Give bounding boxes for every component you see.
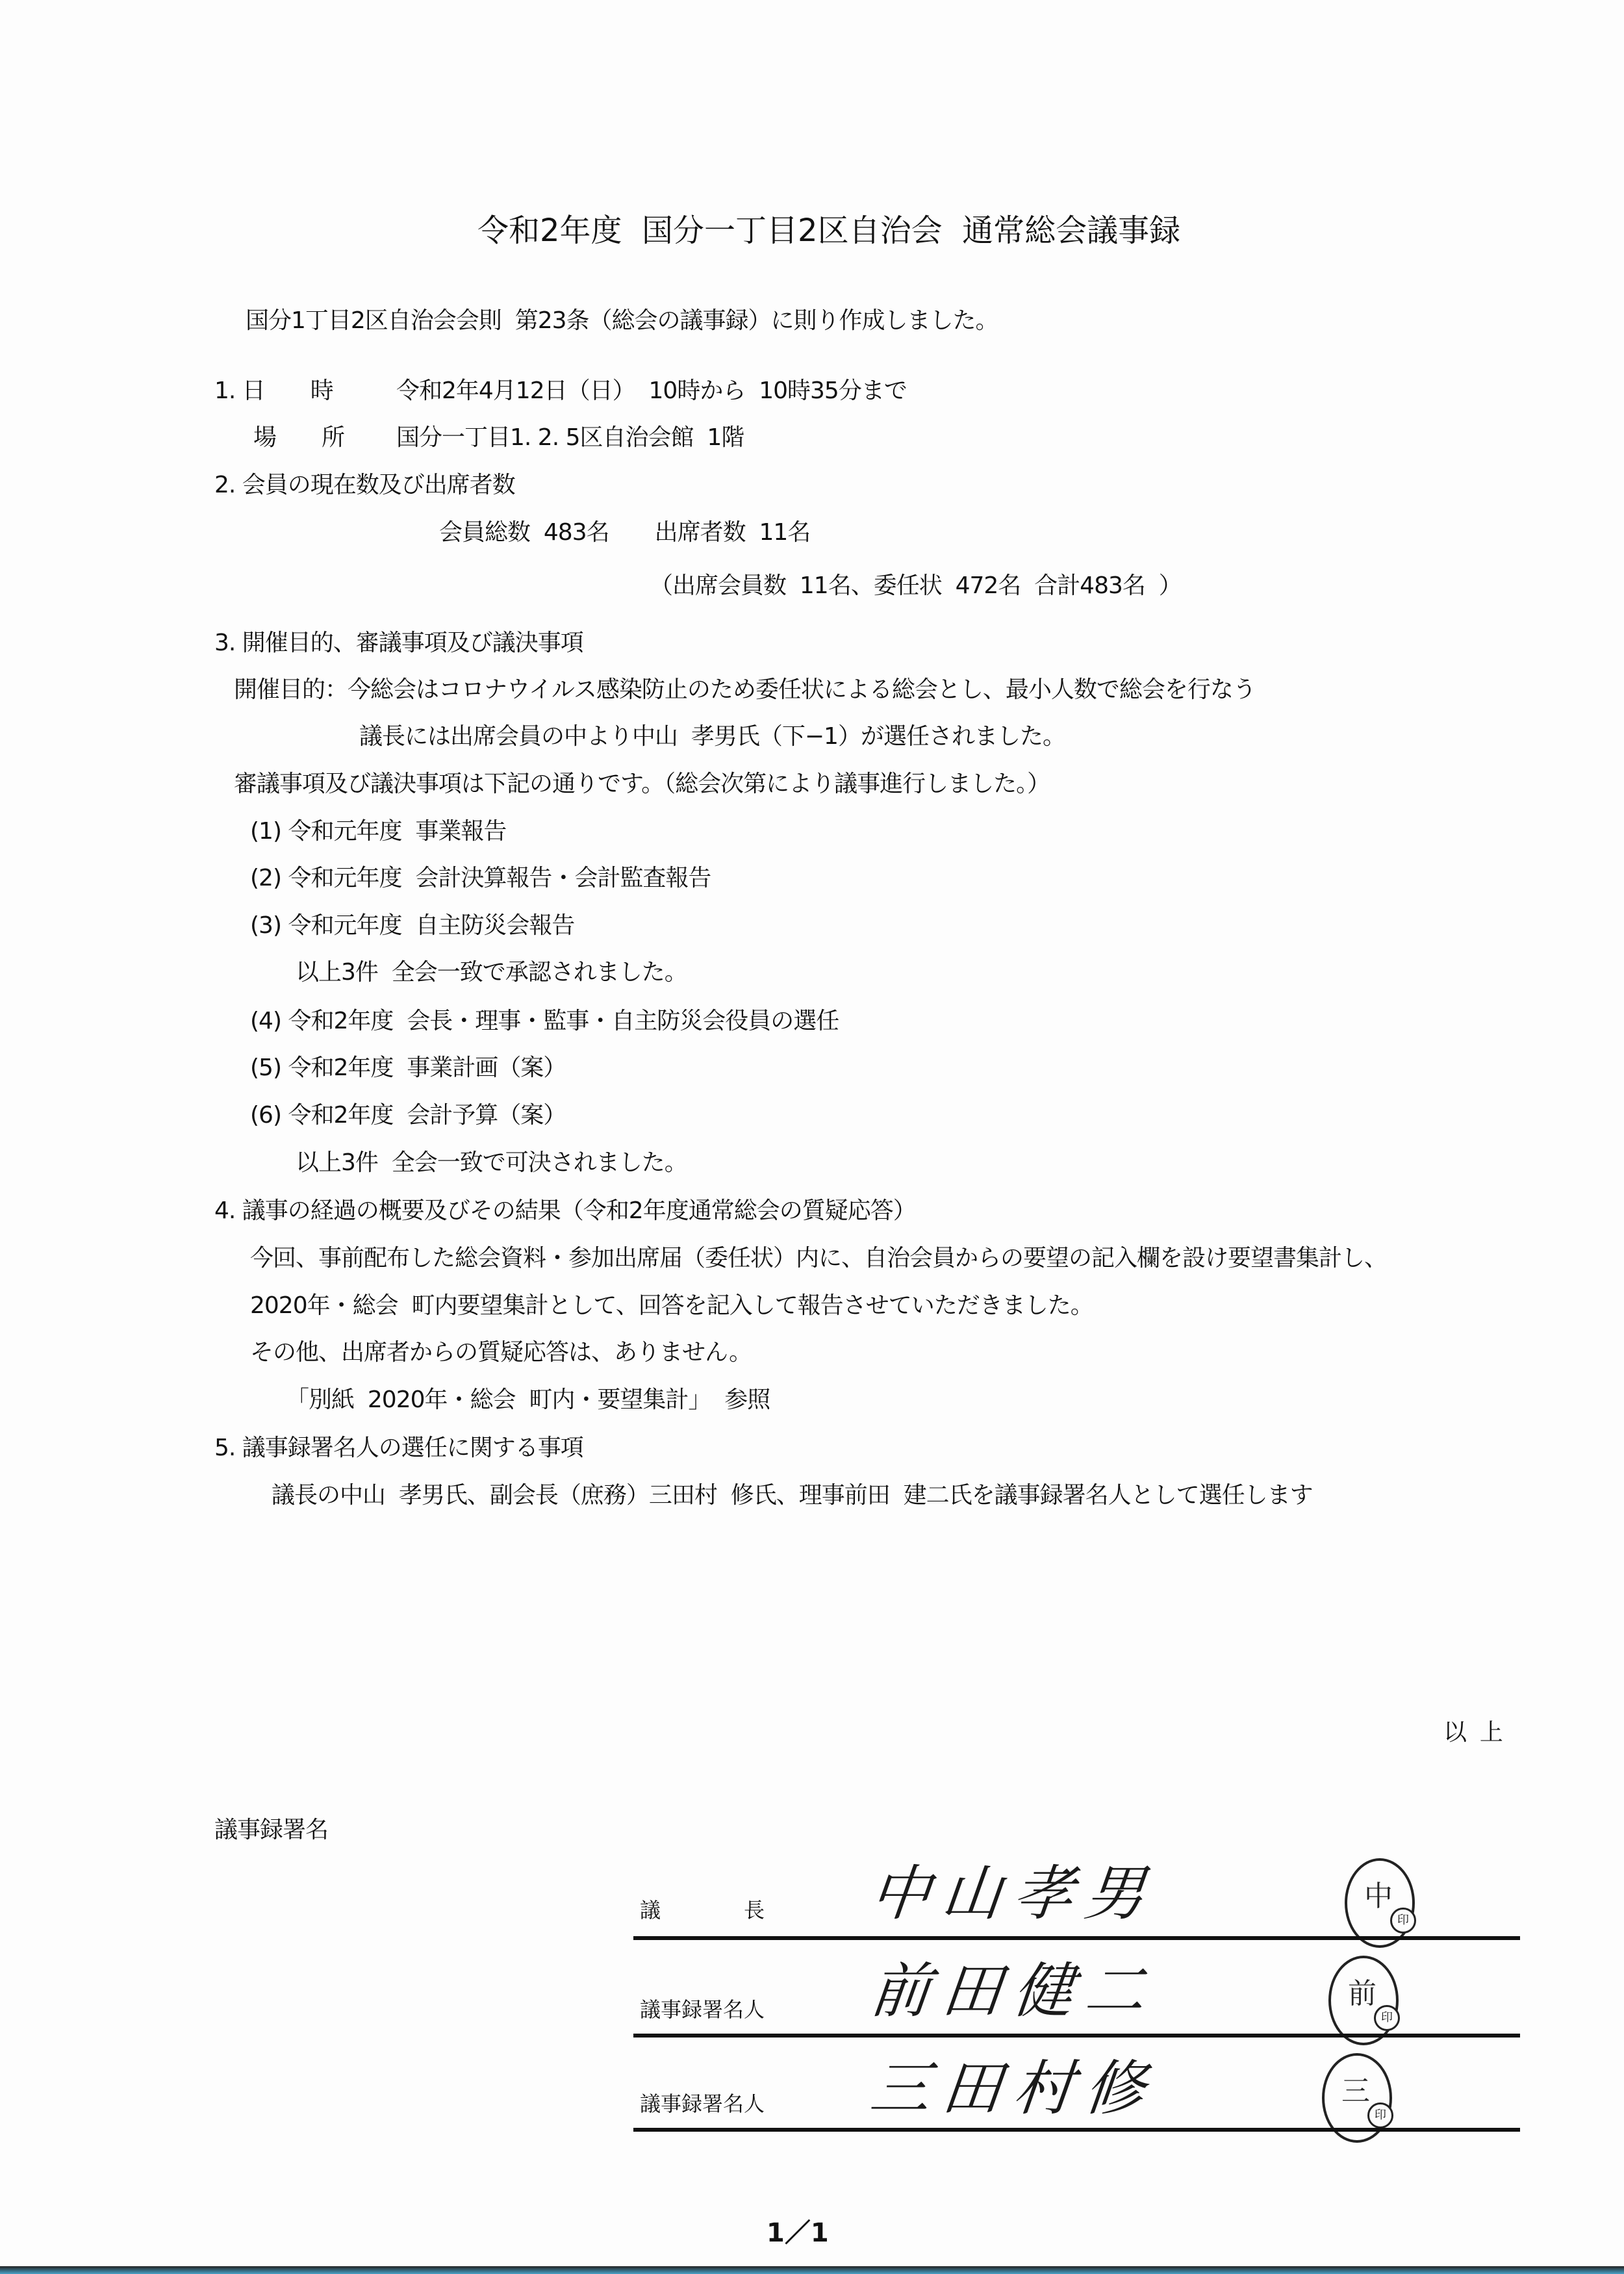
section3-heading: 3. 開催目的、審議事項及び議決事項 — [214, 629, 583, 658]
chair-selection: 議長には出席会員の中より中山 孝男氏（下−1）が選任されました。 — [359, 722, 1065, 751]
attendance-breakdown: （出席会員数 11名、委任状 472名 合計483名 ） — [650, 572, 1182, 600]
signatory-selection: 議長の中山 孝男氏、副会長（庶務）三田村 修氏、理事前田 建二氏を議事録署名人と… — [272, 1481, 1313, 1510]
agenda-result: 以上3件 全会一致で承認されました。 — [296, 958, 687, 987]
seal-stamp-icon: 中 印 — [1345, 1858, 1415, 1948]
agenda-item: (3) 令和元年度 自主防災会報告 — [250, 912, 574, 940]
section4-heading: 4. 議事の経過の概要及びその結果（令和2年度通常総会の質疑応答） — [214, 1197, 916, 1225]
agenda-item: (2) 令和元年度 会計決算報告・会計監査報告 — [250, 864, 711, 893]
agenda-result: 以上3件 全会一致で可決されました。 — [296, 1149, 687, 1177]
signature-role: 議 長 — [640, 1897, 765, 1923]
date-label: 1. 日 時 — [214, 377, 333, 405]
agenda-item: (1) 令和元年度 事業報告 — [250, 817, 506, 846]
signature-role: 議事録署名人 — [640, 1997, 765, 2023]
agenda-item: (4) 令和2年度 会長・理事・監事・自主防災会役員の選任 — [250, 1007, 839, 1036]
meeting-purpose: 開催目的：今総会はコロナウイルス感染防止のため委任状による総会とし、最小人数で総… — [234, 676, 1256, 704]
agenda-item: (6) 令和2年度 会計予算（案） — [250, 1101, 566, 1130]
closing-mark: 以 上 — [1443, 1718, 1503, 1747]
signature-line — [633, 1936, 1520, 1940]
place-label: 場 所 — [253, 424, 344, 452]
agenda-item: (5) 令和2年度 事業計画（案） — [250, 1054, 566, 1082]
document-title: 令和2年度 国分一丁目2区自治会 通常総会議事録 — [477, 211, 1180, 250]
agenda-intro: 審議事項及び議決事項は下記の通りです。（総会次第により議事進行しました。） — [234, 770, 1050, 798]
attachment-reference: 「別紙 2020年・総会 町内・要望集計」 参照 — [286, 1386, 770, 1414]
handwritten-signature: 中山孝男 — [867, 1858, 1160, 1930]
handwritten-signature: 前田健二 — [867, 1956, 1160, 2027]
signature-line — [633, 2128, 1520, 2132]
qa-text: 2020年・総会 町内要望集計として、回答を記入して報告させていただきました。 — [250, 1292, 1093, 1320]
member-counts: 会員総数 483名 出席者数 11名 — [439, 518, 810, 547]
intro-text: 国分1丁目2区自治会会則 第23条（総会の議事録）に則り作成しました。 — [246, 307, 998, 335]
section5-heading: 5. 議事録署名人の選任に関する事項 — [214, 1434, 583, 1463]
section2-heading: 2. 会員の現在数及び出席者数 — [214, 471, 515, 500]
qa-text: 今回、事前配布した総会資料・参加出席届（委任状）内に、自治会員からの要望の記入欄… — [250, 1244, 1387, 1273]
signature-line — [633, 2034, 1520, 2038]
scan-edge — [0, 2266, 1624, 2274]
handwritten-signature: 三田村修 — [867, 2053, 1160, 2125]
page-number: 1／1 — [767, 2212, 829, 2249]
date-value: 令和2年4月12日（日） 10時から 10時35分まで — [396, 377, 907, 405]
signatures-heading: 議事録署名 — [214, 1816, 328, 1845]
signature-role: 議事録署名人 — [640, 2091, 765, 2117]
seal-stamp-icon: 前 印 — [1328, 1956, 1399, 2045]
place-value: 国分一丁目1. 2. 5区自治会館 1階 — [396, 424, 744, 452]
qa-text: その他、出席者からの質疑応答は、ありません。 — [250, 1338, 752, 1367]
